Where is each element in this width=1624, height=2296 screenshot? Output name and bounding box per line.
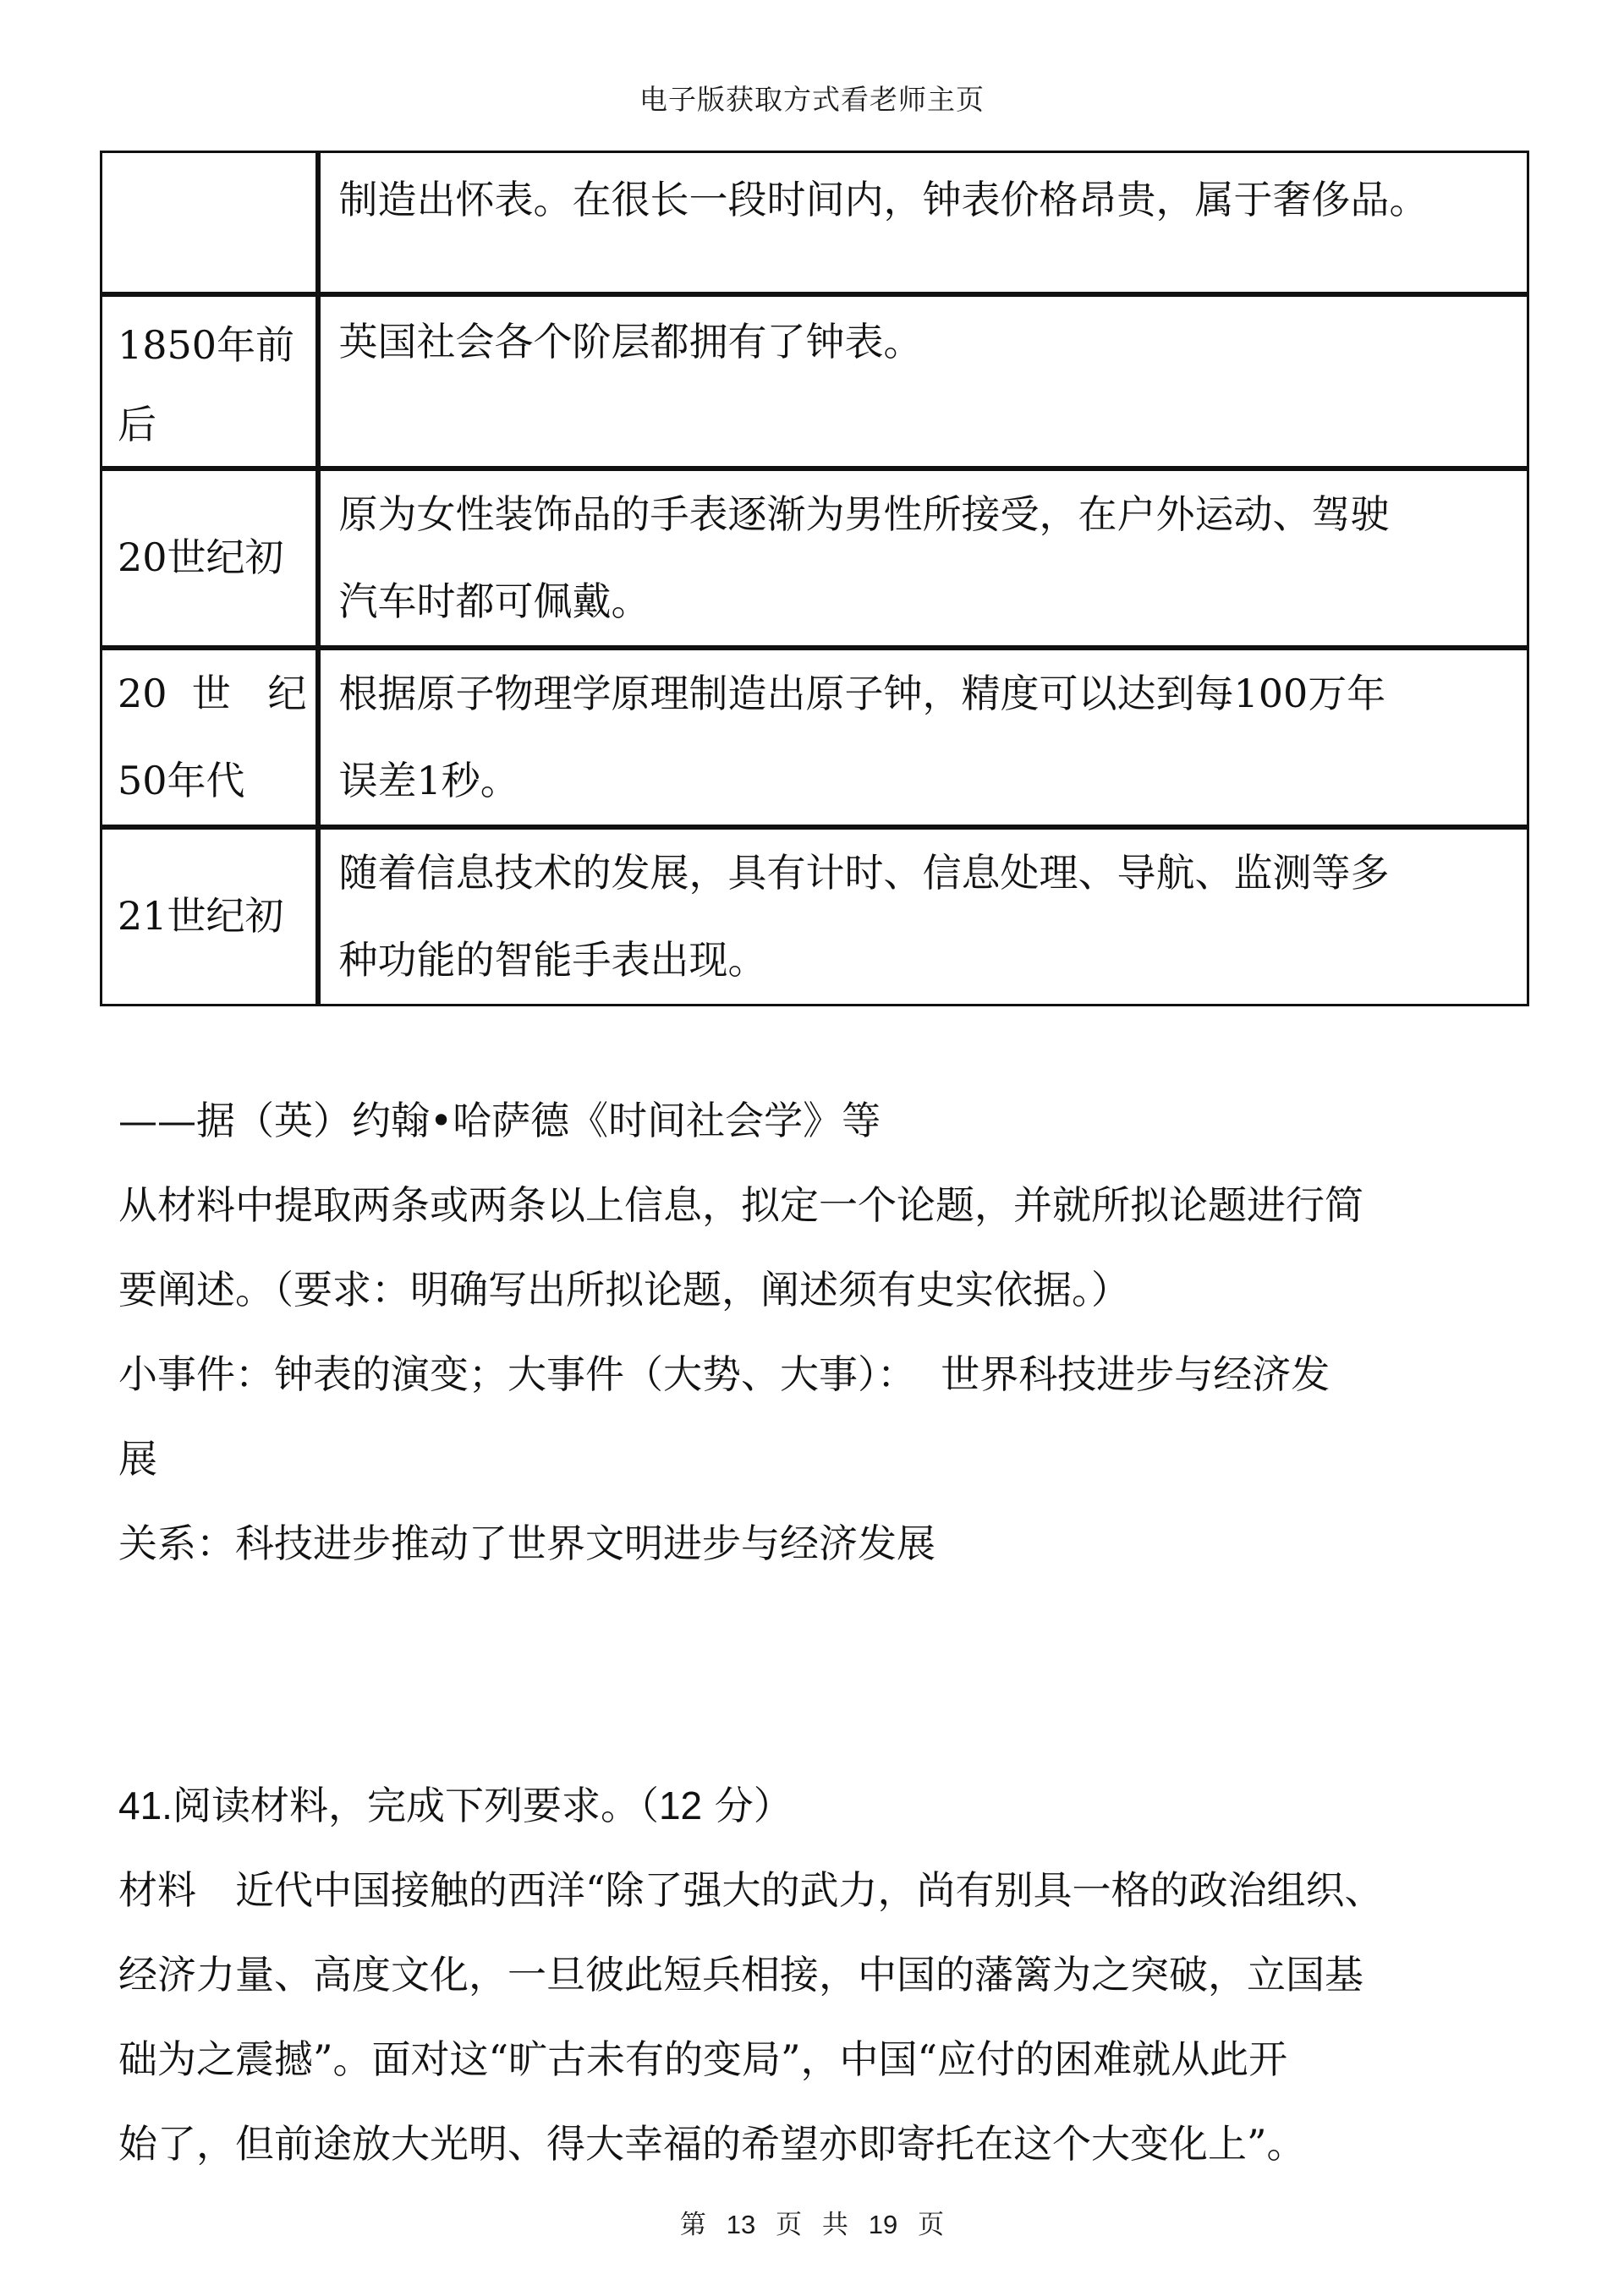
date-line: 20 世 纪 <box>118 650 307 737</box>
date-line: 20世纪初 <box>118 514 307 601</box>
table-row: 制造出怀表。在很长一段时间内，钟表价格昂贵，属于奢侈品。 <box>101 152 1528 294</box>
description-line: 误差1秒。 <box>339 737 1516 825</box>
footer-suffix: 页 <box>918 2210 944 2240</box>
material-line: 础为之震撼”。面对这“旷古未有的变局”，中国“应付的困难就从此开 <box>118 2017 1531 2101</box>
answer-line: 关系：科技进步推动了世界文明进步与经济发展 <box>118 1501 1522 1586</box>
current-page-number: 13 <box>727 2210 755 2239</box>
question-40-section: ——据（英）约翰•哈萨德《时间社会学》等 从材料中提取两条或两条以上信息，拟定一… <box>118 1078 1522 1586</box>
table-cell-date <box>101 152 318 294</box>
instruction-line: 从材料中提取两条或两条以上信息，拟定一个论题，并就所拟论题进行简 <box>118 1163 1522 1247</box>
footer-prefix: 第 <box>680 2210 706 2240</box>
table-cell-date: 1850年前 后 <box>101 294 318 469</box>
total-page-count: 19 <box>869 2210 897 2239</box>
description-line: 制造出怀表。在很长一段时间内，钟表价格昂贵，属于奢侈品。 <box>339 156 1516 244</box>
question-score-suffix: 分） <box>702 1783 793 1828</box>
source-citation: ——据（英）约翰•哈萨德《时间社会学》等 <box>118 1078 1522 1163</box>
date-line: 1850年前 <box>118 305 307 385</box>
table-row: 21世纪初 随着信息技术的发展，具有计时、信息处理、导航、监测等多 种功能的智能… <box>101 827 1528 1006</box>
date-line: 21世纪初 <box>118 873 307 960</box>
table-cell-description: 英国社会各个阶层都拥有了钟表。 <box>318 294 1528 469</box>
description-line: 根据原子物理学原理制造出原子钟，精度可以达到每100万年 <box>339 650 1516 737</box>
table-cell-description: 随着信息技术的发展，具有计时、信息处理、导航、监测等多 种功能的智能手表出现。 <box>318 827 1528 1006</box>
table-cell-date: 20世纪初 <box>101 469 318 648</box>
material-line: 始了，但前途放大光明、得大幸福的希望亦即寄托在这个大变化上”。 <box>118 2101 1531 2186</box>
date-line: 后 <box>118 385 307 464</box>
footer-middle: 页 共 <box>776 2210 848 2240</box>
question-title-text: 阅读材料，完成下列要求。（ <box>173 1783 659 1828</box>
description-line: 汽车时都可佩戴。 <box>339 558 1516 645</box>
clock-history-table: 制造出怀表。在很长一段时间内，钟表价格昂贵，属于奢侈品。 1850年前 后 英国… <box>100 151 1529 1006</box>
table-row: 1850年前 后 英国社会各个阶层都拥有了钟表。 <box>101 294 1528 469</box>
instruction-line: 要阐述。（要求：明确写出所拟论题，阐述须有史实依据。） <box>118 1247 1522 1332</box>
description-line: 种功能的智能手表出现。 <box>339 917 1516 1004</box>
answer-line: 小事件：钟表的演变；大事件（大势、大事）： 世界科技进步与经济发 <box>118 1332 1522 1417</box>
page-header: 电子版获取方式看老师主页 <box>0 78 1624 118</box>
question-41-title: 41.阅读材料，完成下列要求。（12 分） <box>118 1763 1531 1848</box>
material-line: 经济力量、高度文化，一旦彼此短兵相接，中国的藩篱为之突破，立国基 <box>118 1932 1531 2017</box>
table-row: 20世纪初 原为女性装饰品的手表逐渐为男性所接受，在户外运动、驾驶 汽车时都可佩… <box>101 469 1528 648</box>
table-cell-date: 21世纪初 <box>101 827 318 1006</box>
table-cell-description: 根据原子物理学原理制造出原子钟，精度可以达到每100万年 误差1秒。 <box>318 648 1528 827</box>
question-score: 12 <box>659 1784 702 1827</box>
question-number: 41. <box>118 1784 173 1827</box>
description-line: 英国社会各个阶层都拥有了钟表。 <box>339 299 1516 386</box>
description-line: 随着信息技术的发展，具有计时、信息处理、导航、监测等多 <box>339 830 1516 917</box>
date-line: 50年代 <box>118 737 307 825</box>
page-footer: 第 13 页 共 19 页 <box>0 2203 1624 2241</box>
table-cell-description: 制造出怀表。在很长一段时间内，钟表价格昂贵，属于奢侈品。 <box>318 152 1528 294</box>
table-cell-description: 原为女性装饰品的手表逐渐为男性所接受，在户外运动、驾驶 汽车时都可佩戴。 <box>318 469 1528 648</box>
answer-line: 展 <box>118 1417 1522 1501</box>
table-cell-date: 20 世 纪 50年代 <box>101 648 318 827</box>
table-row: 20 世 纪 50年代 根据原子物理学原理制造出原子钟，精度可以达到每100万年… <box>101 648 1528 827</box>
description-line: 原为女性装饰品的手表逐渐为男性所接受，在户外运动、驾驶 <box>339 471 1516 558</box>
material-line: 材料 近代中国接触的西洋“除了强大的武力，尚有别具一格的政治组织、 <box>118 1848 1531 1932</box>
question-41-section: 41.阅读材料，完成下列要求。（12 分） 材料 近代中国接触的西洋“除了强大的… <box>118 1763 1531 2186</box>
